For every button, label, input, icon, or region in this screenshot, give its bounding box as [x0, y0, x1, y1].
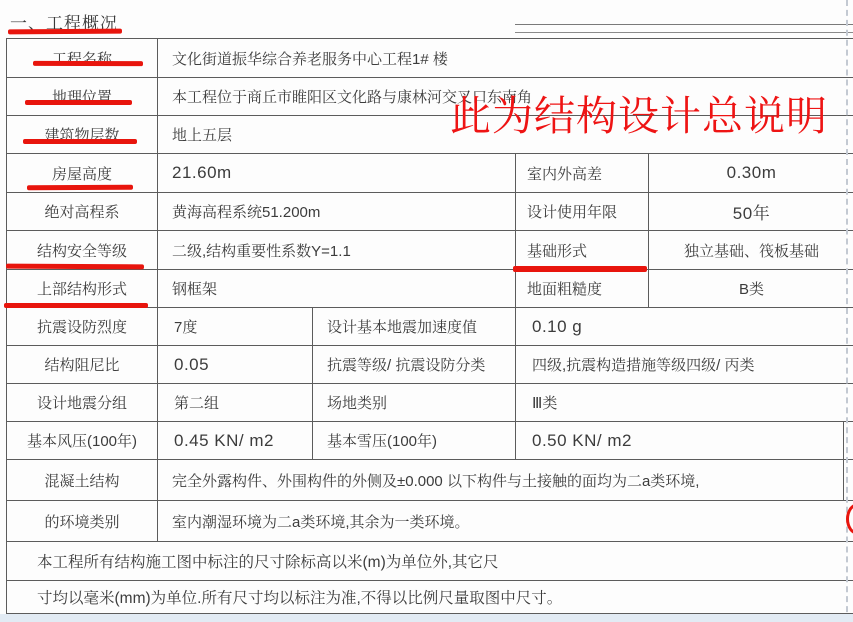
row-label: 设计地震分组	[7, 384, 158, 421]
row-value: 0.45 KN/ m2	[158, 422, 313, 459]
row-label: 上部结构形式	[7, 270, 158, 307]
red-underline-mark-storeys	[23, 139, 137, 144]
row-value-2: B类	[649, 270, 853, 307]
row-value: 完全外露构件、外围构件的外侧及±0.000 以下构件与土接触的面均为二a类环境,	[158, 460, 853, 500]
row-value-2: 0.10 g	[516, 308, 853, 345]
row-label: 绝对高程系	[7, 193, 158, 230]
table-row: 本工程所有结构施工图中标注的尺寸除标高以米(m)为单位外,其它尺	[7, 542, 853, 581]
table-row: 抗震设防烈度 7度 设计基本地震加速度值 0.10 g	[7, 308, 853, 346]
row-label: 建筑物层数	[7, 116, 158, 153]
note-text: 本工程所有结构施工图中标注的尺寸除标高以米(m)为单位外,其它尺	[7, 542, 853, 580]
row-label-2: 地面粗糙度	[516, 270, 649, 307]
red-underline-mark-height	[27, 185, 133, 191]
table-row: 工程名称 文化街道振华综合养老服务中心工程1# 楼	[7, 39, 853, 78]
top-right-rule-line-2	[515, 32, 853, 33]
row-value: 第二组	[158, 384, 313, 421]
red-underline-mark-location	[25, 100, 132, 105]
bottom-edge-strip	[0, 614, 853, 622]
table-row: 基本风压(100年) 0.45 KN/ m2 基本雪压(100年) 0.50 K…	[7, 422, 853, 460]
red-underline-mark-safety-grade	[6, 264, 144, 270]
red-underline-mark-project-name	[33, 61, 143, 66]
row-value-2: 50年	[649, 193, 853, 230]
table-row: 混凝土结构 完全外露构件、外围构件的外侧及±0.000 以下构件与土接触的面均为…	[7, 460, 853, 501]
row-value: 二级,结构重要性系数Y=1.1	[158, 231, 516, 269]
row-value-2: 0.30m	[649, 154, 853, 192]
row-value: 21.60m	[158, 154, 516, 192]
row-value-2: 四级,抗震构造措施等级四级/ 丙类	[516, 346, 853, 383]
table-row: 寸均以毫米(mm)为单位.所有尺寸均以标注为准,不得以比例尺量取图中尺寸。	[7, 581, 853, 614]
row-value-2: Ⅲ类	[516, 384, 853, 421]
table-row: 房屋高度 21.60m 室内外高差 0.30m	[7, 154, 853, 193]
table-row: 的环境类别 室内潮湿环境为二a类环境,其余为一类环境。	[7, 501, 853, 542]
row-label: 基本风压(100年)	[7, 422, 158, 459]
row-value: 室内潮湿环境为二a类环境,其余为一类环境。	[158, 501, 853, 541]
red-underline-mark-heading	[8, 29, 122, 35]
row-label-2: 室内外高差	[516, 154, 649, 192]
row-label-2: 基础形式	[516, 231, 649, 269]
row-label: 工程名称	[7, 39, 158, 77]
row-label: 混凝土结构	[7, 460, 158, 500]
red-underline-mark-foundation	[513, 266, 647, 272]
row-value-2: 0.50 KN/ m2	[516, 422, 853, 459]
table-right-border-segment	[843, 421, 844, 500]
row-label: 结构阻尼比	[7, 346, 158, 383]
row-label-2: 基本雪压(100年)	[313, 422, 516, 459]
row-label: 地理位置	[7, 78, 158, 115]
table-row: 设计地震分组 第二组 场地类别 Ⅲ类	[7, 384, 853, 422]
table-row: 绝对高程系 黄海高程系统51.200m 设计使用年限 50年	[7, 193, 853, 231]
row-label: 抗震设防烈度	[7, 308, 158, 345]
row-label: 的环境类别	[7, 501, 158, 541]
row-value: 0.05	[158, 346, 313, 383]
row-label-2: 场地类别	[313, 384, 516, 421]
top-right-rule-line	[515, 24, 853, 25]
table-row: 结构阻尼比 0.05 抗震等级/ 抗震设防分类 四级,抗震构造措施等级四级/ 丙…	[7, 346, 853, 384]
red-underline-mark-structure-type	[4, 303, 148, 308]
row-value: 文化街道振华综合养老服务中心工程1# 楼	[158, 39, 853, 77]
note-text: 寸均以毫米(mm)为单位.所有尺寸均以标注为准,不得以比例尺量取图中尺寸。	[7, 581, 853, 613]
annotation-text: 此为结构设计总说明	[450, 92, 828, 140]
row-label-2: 抗震等级/ 抗震设防分类	[313, 346, 516, 383]
row-value: 黄海高程系统51.200m	[158, 193, 516, 230]
row-value: 7度	[158, 308, 313, 345]
row-value: 钢框架	[158, 270, 516, 307]
row-label-2: 设计基本地震加速度值	[313, 308, 516, 345]
row-value-2: 独立基础、筏板基础	[649, 231, 853, 269]
row-label-2: 设计使用年限	[516, 193, 649, 230]
